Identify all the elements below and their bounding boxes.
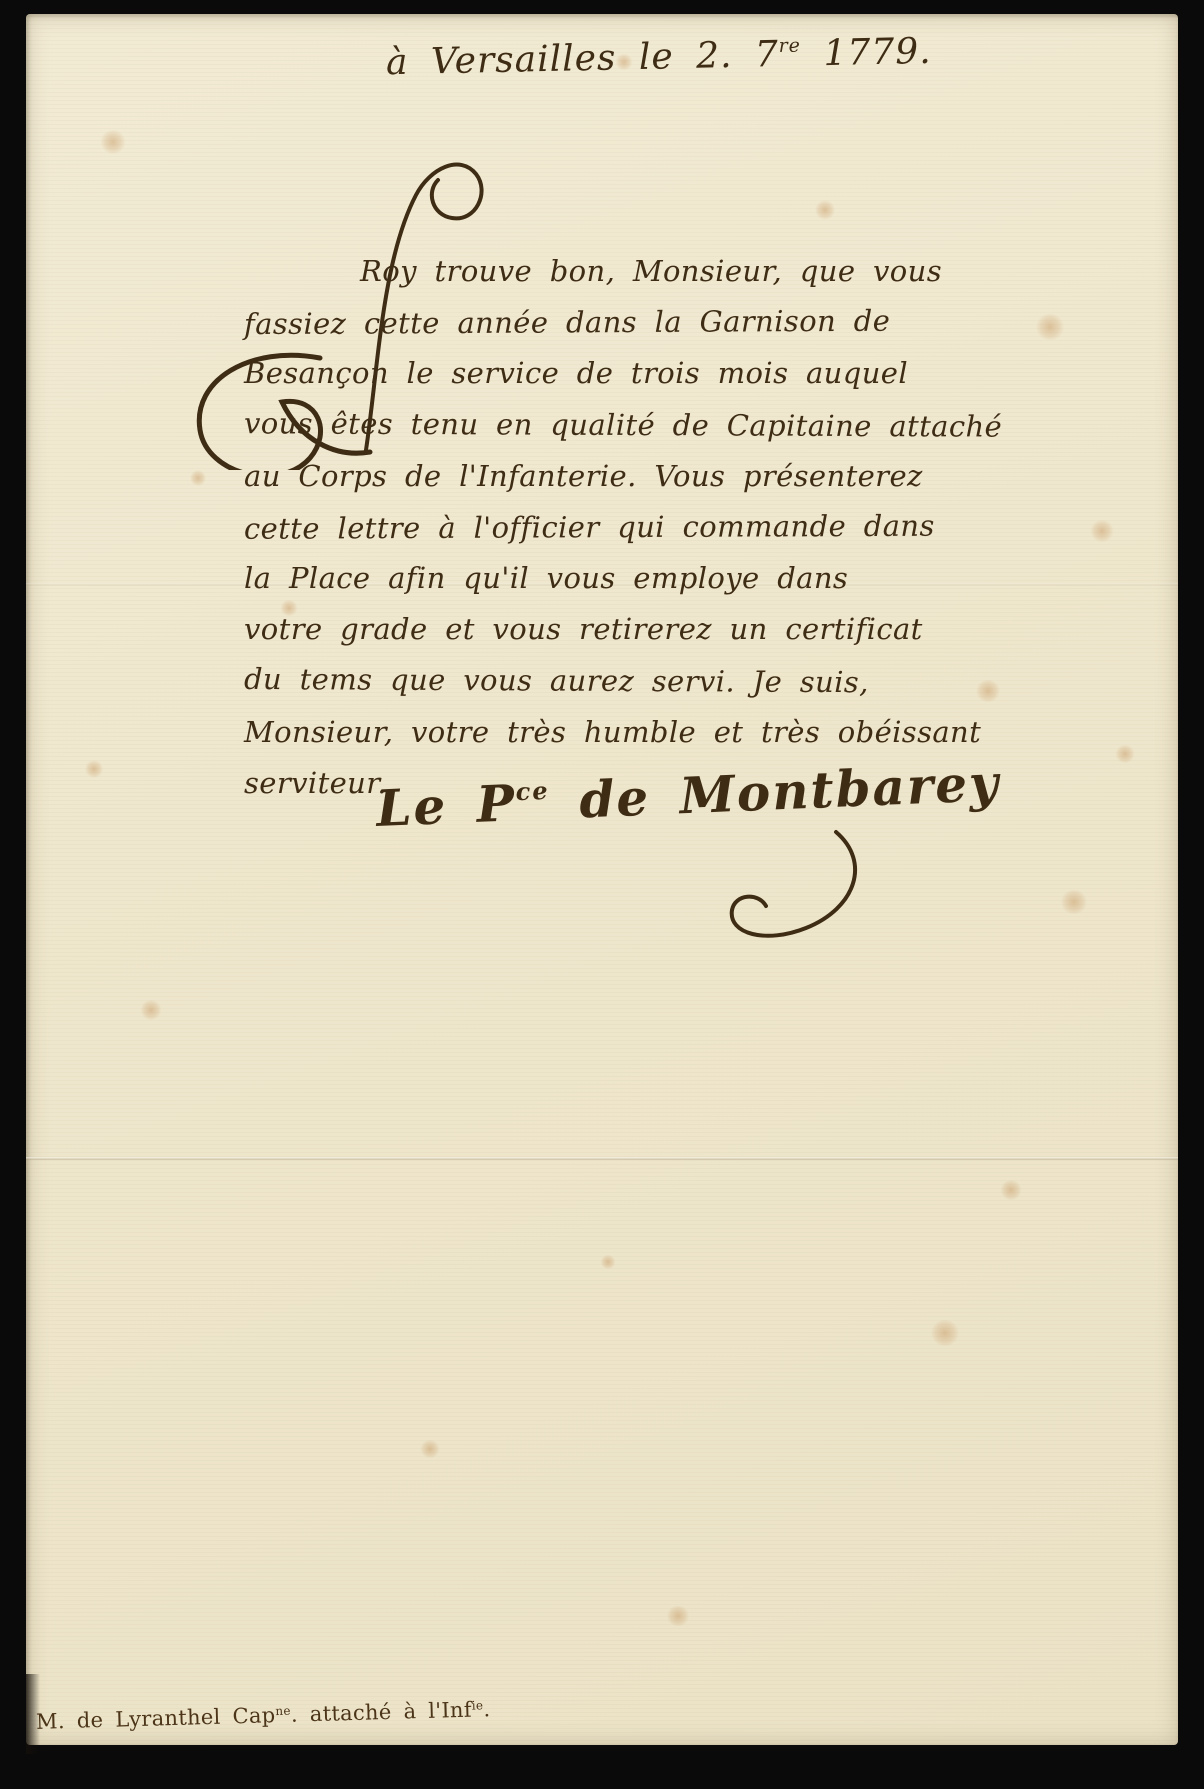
age-spot (85, 760, 103, 778)
docket-superscript: ne (275, 1704, 291, 1718)
body-line: cette lettre à l'officier qui commande d… (244, 500, 1034, 555)
age-spot (600, 1255, 616, 1269)
letter-body: Roy trouve bon, Monsieur, que vous fassi… (244, 246, 1034, 809)
age-spot (1090, 520, 1114, 542)
dateline-year: 1779. (801, 31, 932, 75)
fold-crease (26, 1157, 1178, 1160)
dateline-superscript: re (778, 35, 801, 57)
dateline-place-date: à Versailles le 2. 7 (386, 34, 780, 83)
age-spot (190, 470, 206, 486)
age-spot (1035, 314, 1065, 340)
age-spot (930, 1320, 960, 1346)
age-spot (420, 1440, 440, 1458)
body-line: votre grade et vous retirerez un certifi… (244, 604, 1034, 655)
body-line: Besançon le service de trois mois auquel (244, 348, 1034, 399)
body-line: Roy trouve bon, Monsieur, que vous (244, 246, 1034, 297)
body-line: au Corps de l'Infanterie. Vous présenter… (244, 451, 1034, 502)
body-line: du tems que vous aurez servi. Je suis, (244, 653, 1034, 708)
body-line: fassiez cette année dans la Garnison de (244, 295, 1034, 350)
age-spot (1115, 745, 1135, 763)
signature-flourish (666, 826, 896, 956)
age-spot (1060, 890, 1088, 914)
signature-superscript: ce (515, 776, 550, 806)
age-spot (1000, 1180, 1022, 1200)
signature-prefix: Le P (375, 773, 517, 838)
letter-scan: { "scene": { "background_color": "#0a0a0… (0, 0, 1204, 1789)
body-line: vous êtes tenu en qualité de Capitaine a… (244, 398, 1034, 453)
age-spot (100, 130, 126, 154)
docket-text: . attaché à l'Inf (291, 1698, 473, 1727)
body-line: la Place afin qu'il vous employe dans (244, 553, 1034, 604)
age-spot (815, 200, 835, 220)
dateline: à Versailles le 2. 7re 1779. (386, 30, 987, 84)
docket-name: M. de Lyranthel Cap (36, 1703, 276, 1734)
paper-sheet: à Versailles le 2. 7re 1779. Roy trouve … (26, 14, 1178, 1745)
body-line: Monsieur, votre très humble et très obéi… (244, 707, 1034, 758)
docket-annotation: M. de Lyranthel Capne. attaché à l'Infie… (36, 1694, 596, 1734)
age-spot (140, 1000, 162, 1020)
docket-period: . (483, 1697, 491, 1721)
age-spot (666, 1606, 690, 1626)
